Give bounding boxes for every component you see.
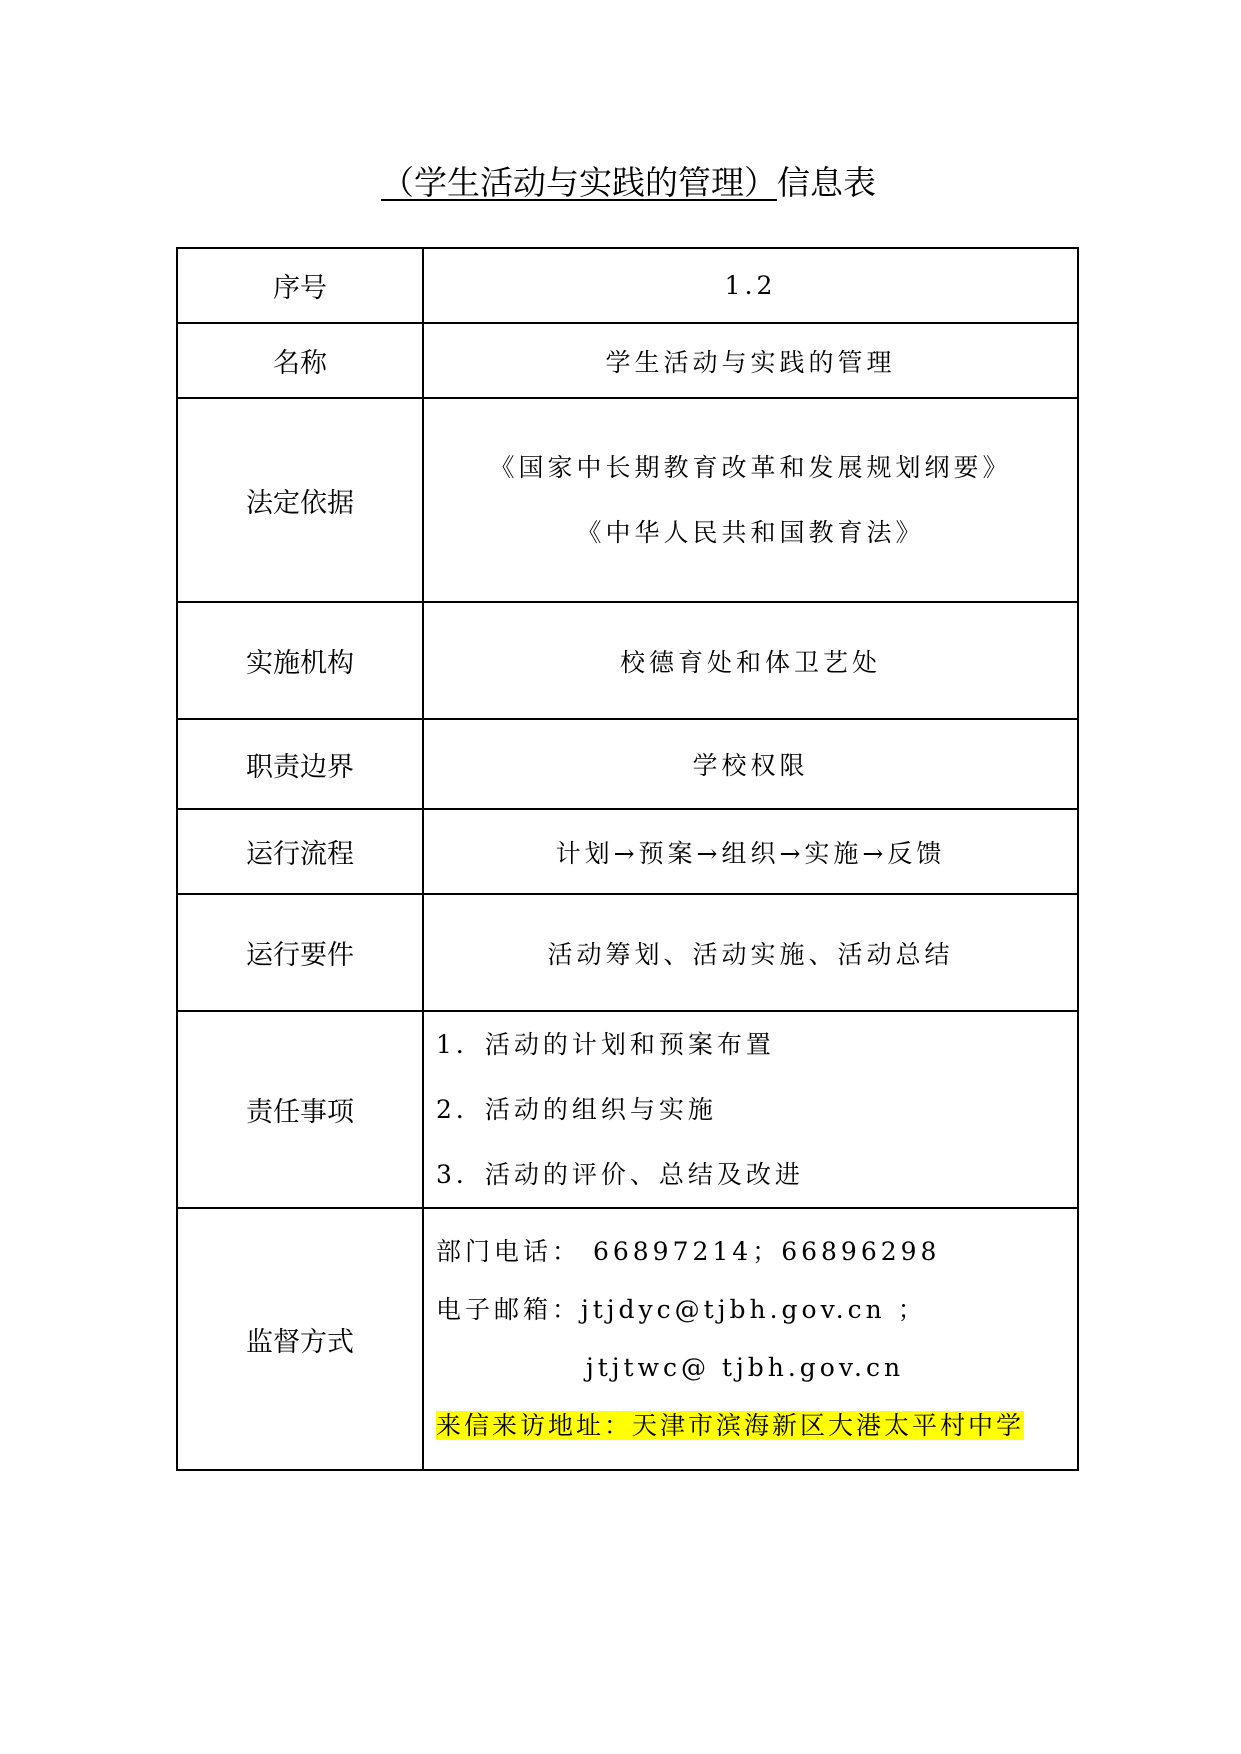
label-serial: 序号: [177, 248, 423, 323]
value-implementing-body: 校德育处和体卫艺处: [423, 602, 1078, 719]
label-responsibility-boundary: 职责边界: [177, 719, 423, 809]
label-name: 名称: [177, 323, 423, 398]
table-row-requirements: 运行要件 活动筹划、活动实施、活动总结: [177, 894, 1078, 1011]
value-responsibilities: 1．活动的计划和预案布置 2．活动的组织与实施 3．活动的评价、总结及改进: [423, 1011, 1078, 1208]
label-legal-basis: 法定依据: [177, 398, 423, 602]
responsibility-item: 2．活动的组织与实施: [436, 1077, 1077, 1142]
label-supervision: 监督方式: [177, 1208, 423, 1470]
title-suffix: 信息表: [777, 163, 876, 202]
value-requirements: 活动筹划、活动实施、活动总结: [423, 894, 1078, 1011]
email-secondary: jtjtwc@ tjbh.gov.cn: [436, 1339, 1077, 1397]
table-row-implementing-body: 实施机构 校德育处和体卫艺处: [177, 602, 1078, 719]
table-row-name: 名称 学生活动与实践的管理: [177, 323, 1078, 398]
table-row-process: 运行流程 计划→预案→组织→实施→反馈: [177, 809, 1078, 894]
table-row-responsibilities: 责任事项 1．活动的计划和预案布置 2．活动的组织与实施 3．活动的评价、总结及…: [177, 1011, 1078, 1208]
table-row-responsibility-boundary: 职责边界 学校权限: [177, 719, 1078, 809]
value-legal-basis: 《国家中长期教育改革和发展规划纲要》 《中华人民共和国教育法》: [423, 398, 1078, 602]
responsibility-item: 1．活动的计划和预案布置: [436, 1012, 1077, 1077]
label-responsibilities: 责任事项: [177, 1011, 423, 1208]
department-phone: 部门电话： 66897214；66896298: [436, 1223, 1077, 1281]
visit-address-highlighted: 来信来访地址：天津市滨海新区大港太平村中学: [436, 1411, 1024, 1440]
info-table: 序号 1.2 名称 学生活动与实践的管理 法定依据 《国家中长期教育改革和发展规…: [176, 247, 1079, 1471]
value-process: 计划→预案→组织→实施→反馈: [423, 809, 1078, 894]
page-title: （学生活动与实践的管理）信息表: [0, 163, 1241, 203]
value-supervision: 部门电话： 66897214；66896298 电子邮箱：jtjdyc@tjbh…: [423, 1208, 1078, 1470]
label-implementing-body: 实施机构: [177, 602, 423, 719]
responsibility-item: 3．活动的评价、总结及改进: [436, 1142, 1077, 1207]
value-responsibility-boundary: 学校权限: [423, 719, 1078, 809]
legal-basis-line: 《中华人民共和国教育法》: [424, 500, 1077, 565]
value-serial: 1.2: [423, 248, 1078, 323]
title-underlined-part: （学生活动与实践的管理）: [365, 163, 777, 202]
email-primary: 电子邮箱：jtjdyc@tjbh.gov.cn ；: [436, 1281, 1077, 1339]
legal-basis-line: 《国家中长期教育改革和发展规划纲要》: [424, 435, 1077, 500]
table-row-legal-basis: 法定依据 《国家中长期教育改革和发展规划纲要》 《中华人民共和国教育法》: [177, 398, 1078, 602]
label-process: 运行流程: [177, 809, 423, 894]
label-requirements: 运行要件: [177, 894, 423, 1011]
title-prefix: （学生活动与实践的管理）: [381, 163, 777, 202]
table-row-serial: 序号 1.2: [177, 248, 1078, 323]
table-row-supervision: 监督方式 部门电话： 66897214；66896298 电子邮箱：jtjdyc…: [177, 1208, 1078, 1470]
value-name: 学生活动与实践的管理: [423, 323, 1078, 398]
